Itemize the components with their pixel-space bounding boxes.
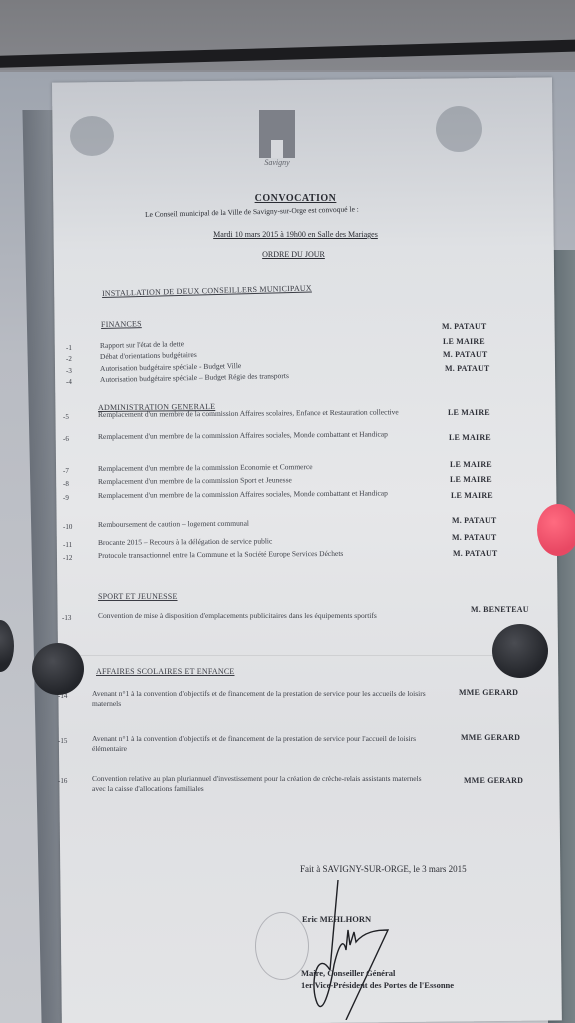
agenda-item-rapporteur: MME GERARD	[464, 776, 523, 785]
agenda-item-number: -4	[66, 378, 72, 386]
agenda-item-rapporteur: LE MAIRE	[443, 337, 485, 346]
section-heading: SPORT ET JEUNESSE	[98, 592, 178, 601]
meeting-date: Mardi 10 mars 2015 à 19h00 en Salle des …	[8, 230, 575, 239]
agenda-item-text: Avenant n°1 à la convention d'objectifs …	[92, 734, 427, 754]
agenda-item-rapporteur: M. PATAUT	[445, 364, 489, 373]
agenda-item-number: -7	[63, 467, 69, 475]
logo-notch	[271, 140, 283, 158]
magnet-dark-right	[492, 624, 548, 678]
magnet-reflection-right	[436, 106, 482, 152]
section-heading: AFFAIRES SCOLAIRES ET ENFANCE	[96, 667, 234, 676]
agenda-item-number: -11	[63, 541, 72, 549]
agenda-item-rapporteur: LE MAIRE	[450, 460, 492, 469]
agenda-item-number: -15	[58, 737, 67, 745]
section-heading: FINANCES	[101, 319, 142, 329]
agenda-item-number: -13	[62, 614, 71, 622]
agenda-item-number: -9	[63, 494, 69, 502]
agenda-item-text: Avenant n°1 à la convention d'objectifs …	[92, 689, 427, 709]
agenda-item-rapporteur: M. PATAUT	[452, 516, 496, 525]
agenda-item-rapporteur: LE MAIRE	[448, 408, 490, 417]
logo-caption: Savigny	[259, 158, 295, 167]
magnet-reflection-left	[70, 116, 114, 156]
agenda-item-number: -5	[63, 413, 69, 421]
agenda-item-rapporteur: LE MAIRE	[450, 475, 492, 484]
agenda-item-rapporteur: LE MAIRE	[449, 433, 491, 442]
signer-role-1: Maire, Conseiller Général	[301, 968, 395, 978]
agenda-item-rapporteur: M. PATAUT	[453, 549, 497, 558]
agenda-item-number: -1	[66, 344, 72, 352]
agenda-item-number: -12	[63, 554, 72, 562]
agenda-item-rapporteur: MME GERARD	[459, 688, 518, 697]
agenda-item-number: -6	[63, 435, 69, 443]
agenda-item-text: Convention de mise à disposition d'empla…	[98, 611, 433, 621]
magnet-dark-left	[32, 643, 84, 695]
agenda-item-number: -16	[58, 777, 67, 785]
agenda-item-rapporteur: M. PATAUT	[443, 350, 487, 359]
agenda-item-number: -8	[63, 480, 69, 488]
agenda-item-rapporteur: M. PATAUT	[442, 322, 486, 331]
agenda-item-rapporteur: MME GERARD	[461, 733, 520, 742]
agenda-item-rapporteur: M. BENETEAU	[471, 605, 529, 614]
agenda-item-text: Convention relative au plan pluriannuel …	[92, 774, 427, 794]
signer-role-2: 1er Vice-Président des Portes de l'Esson…	[301, 980, 454, 990]
signature	[300, 870, 390, 1020]
agenda-item-number: -10	[63, 523, 72, 531]
document-title: CONVOCATION	[8, 193, 575, 204]
city-logo: Savigny	[259, 110, 295, 172]
agenda-item-rapporteur: LE MAIRE	[451, 491, 493, 500]
agenda-title: ORDRE DU JOUR	[6, 250, 575, 259]
paper-fold	[54, 655, 544, 656]
agenda-item-number: -3	[66, 367, 72, 375]
agenda-item-rapporteur: M. PATAUT	[452, 533, 496, 542]
agenda-item-number: -2	[66, 355, 72, 363]
magnet-red	[537, 504, 575, 556]
